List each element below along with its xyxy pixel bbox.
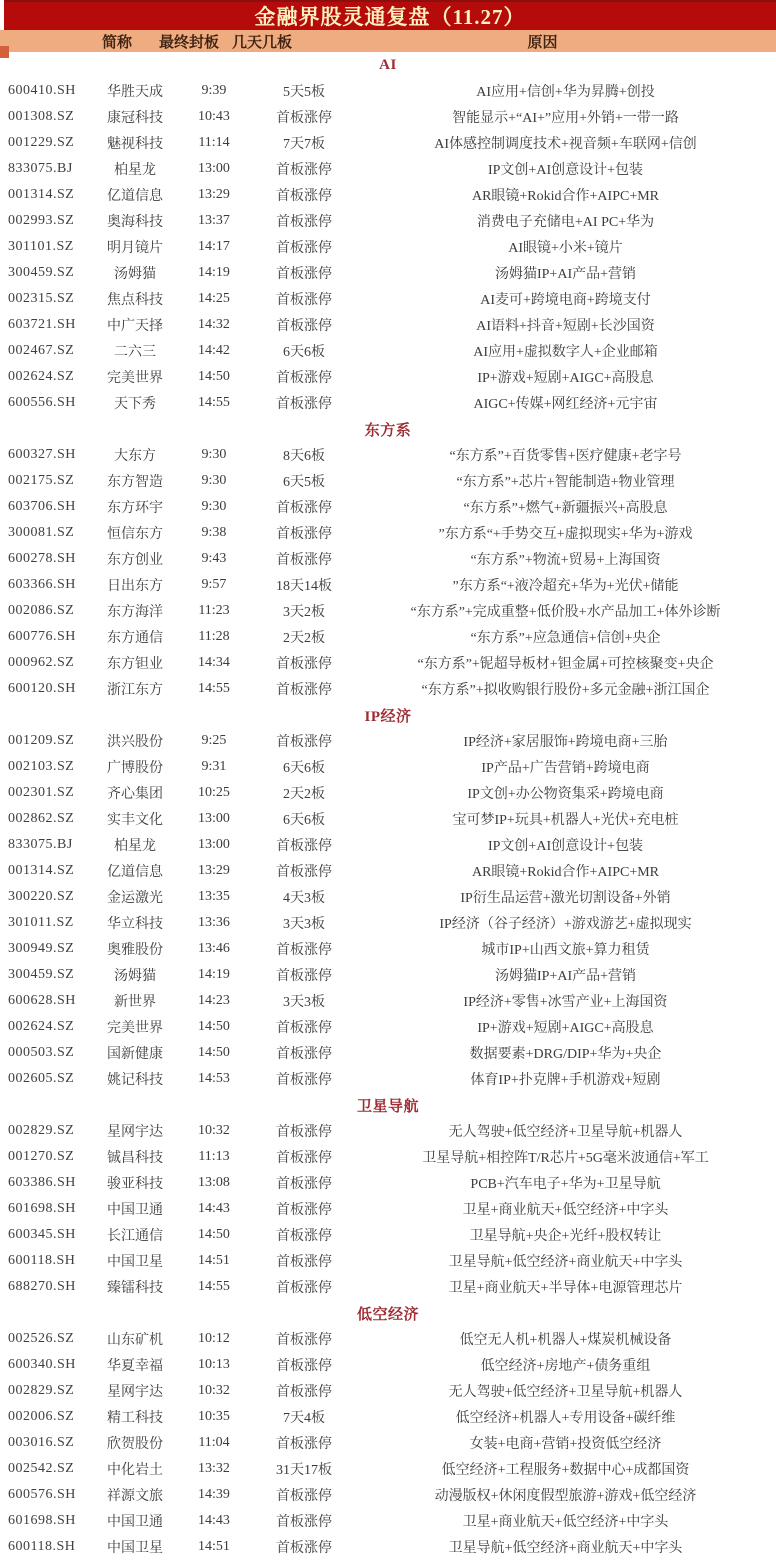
reason: 卫星+商业航天+低空经济+中字头 <box>355 1199 776 1219</box>
stock-name: 齐心集团 <box>95 783 175 803</box>
section-label: 东方系 <box>365 419 412 440</box>
stock-code: 600410.SH <box>0 83 95 99</box>
stock-name: 华夏幸福 <box>95 1355 175 1375</box>
table-row: 603706.SH 东方环宇 9:30 首板涨停 “东方系”+燃气+新疆振兴+高… <box>0 494 776 520</box>
reason: “东方系”+应急通信+信创+央企 <box>355 627 776 647</box>
board-count: 首板涨停 <box>253 211 355 231</box>
seal-time: 9:25 <box>175 733 253 749</box>
seal-time: 14:39 <box>175 1487 253 1503</box>
board-count: 首板涨停 <box>253 965 355 985</box>
seal-time: 9:30 <box>175 447 253 463</box>
stock-code: 600118.SH <box>0 1539 95 1555</box>
seal-time: 9:43 <box>175 551 253 567</box>
board-count: 首板涨停 <box>253 1147 355 1167</box>
reason: IP文创+AI创意设计+包装 <box>355 159 776 179</box>
seal-time: 14:43 <box>175 1201 253 1217</box>
stock-name: 奥雅股份 <box>95 939 175 959</box>
stock-name: 汤姆猫 <box>95 965 175 985</box>
stock-code: 002605.SZ <box>0 1071 95 1087</box>
seal-time: 9:39 <box>175 83 253 99</box>
stock-code: 600628.SH <box>0 993 95 1009</box>
stock-name: 长江通信 <box>95 1225 175 1245</box>
table-row: 002624.SZ 完美世界 14:50 首板涨停 IP+游戏+短剧+AIGC+… <box>0 1014 776 1040</box>
section-row: AI <box>0 52 776 78</box>
seal-time: 14:34 <box>175 655 253 671</box>
column-seal-time: 最终封板 <box>159 31 215 52</box>
reason: “东方系”+芯片+智能制造+物业管理 <box>355 471 776 491</box>
page-title: 金融界股灵通复盘（11.27） <box>254 1 525 31</box>
table-row: 002526.SZ 山东矿机 10:12 首板涨停 低空无人机+机器人+煤炭机械… <box>0 1326 776 1352</box>
table-row: 600118.SH 中国卫星 14:51 首板涨停 卫星导航+低空经济+商业航天… <box>0 1248 776 1274</box>
reason: IP+游戏+短剧+AIGC+高股息 <box>355 1017 776 1037</box>
table-row: 002301.SZ 齐心集团 10:25 2天2板 IP文创+办公物资集采+跨境… <box>0 780 776 806</box>
stock-name: 中广天择 <box>95 315 175 335</box>
seal-time: 11:14 <box>175 135 253 151</box>
stock-name: 日出东方 <box>95 575 175 595</box>
section-row: 低空经济 <box>0 1300 776 1326</box>
board-count: 首板涨停 <box>253 1017 355 1037</box>
stock-code: 002301.SZ <box>0 785 95 801</box>
reason: 汤姆猫IP+AI产品+营销 <box>355 965 776 985</box>
stock-code: 601698.SH <box>0 1513 95 1529</box>
seal-time: 14:25 <box>175 291 253 307</box>
board-count: 首板涨停 <box>253 653 355 673</box>
board-count: 6天6板 <box>253 757 355 777</box>
reason: 低空经济+机器人+专用设备+碳纤维 <box>355 1407 776 1427</box>
table-row: 600327.SH 大东方 9:30 8天6板 “东方系”+百货零售+医疗健康+… <box>0 442 776 468</box>
table-row: 600410.SH 华胜天成 9:39 5天5板 AI应用+信创+华为昇腾+创投 <box>0 78 776 104</box>
board-count: 首板涨停 <box>253 1433 355 1453</box>
board-count: 首板涨停 <box>253 1251 355 1271</box>
table-row: 001229.SZ 魅视科技 11:14 7天7板 AI体感控制调度技术+视音频… <box>0 130 776 156</box>
reason: “东方系”+铌超导板材+钽金属+可控核聚变+央企 <box>355 653 776 673</box>
table-row: 600278.SH 东方创业 9:43 首板涨停 “东方系”+物流+贸易+上海国… <box>0 546 776 572</box>
stock-code: 000503.SZ <box>0 1045 95 1061</box>
table-row: 300459.SZ 汤姆猫 14:19 首板涨停 汤姆猫IP+AI产品+营销 <box>0 962 776 988</box>
stock-name: 东方海洋 <box>95 601 175 621</box>
stock-name: 中国卫星 <box>95 1537 175 1557</box>
stock-name: 明月镜片 <box>95 237 175 257</box>
stock-name: 魅视科技 <box>95 133 175 153</box>
reason: 卫星导航+低空经济+商业航天+中字头 <box>355 1537 776 1557</box>
stock-code: 001308.SZ <box>0 109 95 125</box>
table-row: 001270.SZ 铖昌科技 11:13 首板涨停 卫星导航+相控阵T/R芯片+… <box>0 1144 776 1170</box>
stock-name: 恒信东方 <box>95 523 175 543</box>
stock-code: 600120.SH <box>0 681 95 697</box>
reason: IP文创+AI创意设计+包装 <box>355 835 776 855</box>
stock-code: 300949.SZ <box>0 941 95 957</box>
board-count: 首板涨停 <box>253 1329 355 1349</box>
table-row: 603721.SH 中广天择 14:32 首板涨停 AI语料+抖音+短剧+长沙国… <box>0 312 776 338</box>
seal-time: 14:23 <box>175 993 253 1009</box>
board-count: 6天5板 <box>253 471 355 491</box>
stock-name: 二六三 <box>95 341 175 361</box>
table-row: 603386.SH 骏亚科技 13:08 首板涨停 PCB+汽车电子+华为+卫星… <box>0 1170 776 1196</box>
section-label: 低空经济 <box>357 1303 419 1324</box>
stock-name: 国新健康 <box>95 1043 175 1063</box>
table-row: 601698.SH 中国卫通 14:43 首板涨停 卫星+商业航天+低空经济+中… <box>0 1196 776 1222</box>
reason: “东方系”+完成重整+低价股+水产品加工+体外诊断 <box>355 601 776 621</box>
table-row: 601698.SH 中国卫通 14:43 首板涨停 卫星+商业航天+低空经济+中… <box>0 1508 776 1534</box>
stock-code: 002175.SZ <box>0 473 95 489</box>
table-column-header: 简称 最终封板 几天几板 原因 <box>0 30 776 52</box>
stock-name: 焦点科技 <box>95 289 175 309</box>
seal-time: 9:57 <box>175 577 253 593</box>
table-row: 002829.SZ 星网宇达 10:32 首板涨停 无人驾驶+低空经济+卫星导航… <box>0 1378 776 1404</box>
stock-code: 603706.SH <box>0 499 95 515</box>
table-row: 833075.BJ 柏星龙 13:00 首板涨停 IP文创+AI创意设计+包装 <box>0 156 776 182</box>
table-row: 001314.SZ 亿道信息 13:29 首板涨停 AR眼镜+Rokid合作+A… <box>0 182 776 208</box>
reason: “东方系”+物流+贸易+上海国资 <box>355 549 776 569</box>
table-row: 600556.SH 天下秀 14:55 首板涨停 AIGC+传媒+网红经济+元宇… <box>0 390 776 416</box>
board-count: 5天5板 <box>253 81 355 101</box>
seal-time: 13:32 <box>175 1461 253 1477</box>
stock-code: 300081.SZ <box>0 525 95 541</box>
stock-code: 002862.SZ <box>0 811 95 827</box>
board-count: 首板涨停 <box>253 237 355 257</box>
seal-time: 11:13 <box>175 1149 253 1165</box>
reason: IP衍生品运营+激光切割设备+外销 <box>355 887 776 907</box>
stock-name: 浙江东方 <box>95 679 175 699</box>
stock-code: 002624.SZ <box>0 1019 95 1035</box>
stock-name: 新世界 <box>95 991 175 1011</box>
seal-time: 10:32 <box>175 1383 253 1399</box>
board-count: 首板涨停 <box>253 1043 355 1063</box>
table-row: 002993.SZ 奥海科技 13:37 首板涨停 消费电子充储电+AI PC+… <box>0 208 776 234</box>
table-row: 002006.SZ 精工科技 10:35 7天4板 低空经济+机器人+专用设备+… <box>0 1404 776 1430</box>
section-label: 卫星导航 <box>357 1095 419 1116</box>
stock-code: 002006.SZ <box>0 1409 95 1425</box>
stock-code: 600556.SH <box>0 395 95 411</box>
board-count: 首板涨停 <box>253 1121 355 1141</box>
table-row: 002086.SZ 东方海洋 11:23 3天2板 “东方系”+完成重整+低价股… <box>0 598 776 624</box>
table-row: 603366.SH 日出东方 9:57 18天14板 ”东方系“+液冷超充+华为… <box>0 572 776 598</box>
reason: 女装+电商+营销+投资低空经济 <box>355 1433 776 1453</box>
board-count: 首板涨停 <box>253 523 355 543</box>
seal-time: 11:28 <box>175 629 253 645</box>
board-count: 首板涨停 <box>253 315 355 335</box>
stock-code: 688270.SH <box>0 1279 95 1295</box>
stock-name: 中国卫星 <box>95 1251 175 1271</box>
stock-code: 001229.SZ <box>0 135 95 151</box>
section-row: IP经济 <box>0 702 776 728</box>
seal-time: 13:00 <box>175 161 253 177</box>
table-row: 300220.SZ 金运激光 13:35 4天3板 IP衍生品运营+激光切割设备… <box>0 884 776 910</box>
board-count: 首板涨停 <box>253 549 355 569</box>
table-row: 001209.SZ 洪兴股份 9:25 首板涨停 IP经济+家居服饰+跨境电商+… <box>0 728 776 754</box>
stock-code: 000962.SZ <box>0 655 95 671</box>
table-row: 002829.SZ 星网宇达 10:32 首板涨停 无人驾驶+低空经济+卫星导航… <box>0 1118 776 1144</box>
reason: 无人驾驶+低空经济+卫星导航+机器人 <box>355 1121 776 1141</box>
reason: AR眼镜+Rokid合作+AIPC+MR <box>355 185 776 205</box>
stock-name: 华胜天成 <box>95 81 175 101</box>
seal-time: 14:51 <box>175 1539 253 1555</box>
stock-name: 亿道信息 <box>95 185 175 205</box>
stock-name: 大东方 <box>95 445 175 465</box>
stock-name: 中化岩土 <box>95 1459 175 1479</box>
reason: 卫星导航+低空经济+商业航天+中字头 <box>355 1251 776 1271</box>
stock-name: 天下秀 <box>95 393 175 413</box>
stock-name: 康冠科技 <box>95 107 175 127</box>
board-count: 首板涨停 <box>253 939 355 959</box>
reason: “东方系”+燃气+新疆振兴+高股息 <box>355 497 776 517</box>
stock-name: 奥海科技 <box>95 211 175 231</box>
table-body: AI 600410.SH 华胜天成 9:39 5天5板 AI应用+信创+华为昇腾… <box>0 52 776 1560</box>
stock-name: 完美世界 <box>95 1017 175 1037</box>
table-row: 001308.SZ 康冠科技 10:43 首板涨停 智能显示+“AI+”应用+外… <box>0 104 776 130</box>
table-row: 600120.SH 浙江东方 14:55 首板涨停 “东方系”+拟收购银行股份+… <box>0 676 776 702</box>
board-count: 首板涨停 <box>253 1277 355 1297</box>
seal-time: 11:23 <box>175 603 253 619</box>
table-row: 002175.SZ 东方智造 9:30 6天5板 “东方系”+芯片+智能制造+物… <box>0 468 776 494</box>
table-row: 300081.SZ 恒信东方 9:38 首板涨停 ”东方系“+手势交互+虚拟现实… <box>0 520 776 546</box>
reason: 数据要素+DRG/DIP+华为+央企 <box>355 1043 776 1063</box>
reason: 卫星导航+相控阵T/R芯片+5G毫米波通信+军工 <box>355 1147 776 1167</box>
board-count: 首板涨停 <box>253 497 355 517</box>
board-count: 首板涨停 <box>253 1381 355 1401</box>
seal-time: 9:30 <box>175 473 253 489</box>
stock-code: 600776.SH <box>0 629 95 645</box>
reason: AI应用+信创+华为昇腾+创投 <box>355 81 776 101</box>
stock-code: 002829.SZ <box>0 1123 95 1139</box>
reason: AI眼镜+小米+镜片 <box>355 237 776 257</box>
stock-code: 002086.SZ <box>0 603 95 619</box>
seal-time: 14:50 <box>175 1227 253 1243</box>
reason: IP经济（谷子经济）+游戏游艺+虚拟现实 <box>355 913 776 933</box>
seal-time: 13:29 <box>175 187 253 203</box>
reason: IP+游戏+短剧+AIGC+高股息 <box>355 367 776 387</box>
table-row: 003016.SZ 欣贺股份 11:04 首板涨停 女装+电商+营销+投资低空经… <box>0 1430 776 1456</box>
table-row: 001314.SZ 亿道信息 13:29 首板涨停 AR眼镜+Rokid合作+A… <box>0 858 776 884</box>
stock-name: 东方创业 <box>95 549 175 569</box>
stock-code: 300459.SZ <box>0 265 95 281</box>
stock-code: 002542.SZ <box>0 1461 95 1477</box>
reason: 汤姆猫IP+AI产品+营销 <box>355 263 776 283</box>
seal-time: 14:42 <box>175 343 253 359</box>
title-banner: 金融界股灵通复盘（11.27） <box>4 0 776 30</box>
stock-code: 600576.SH <box>0 1487 95 1503</box>
seal-time: 13:37 <box>175 213 253 229</box>
reason: ”东方系“+手势交互+虚拟现实+华为+游戏 <box>355 523 776 543</box>
seal-time: 14:53 <box>175 1071 253 1087</box>
column-name: 简称 <box>75 31 159 52</box>
reason: AI语料+抖音+短剧+长沙国资 <box>355 315 776 335</box>
stock-name: 东方环宇 <box>95 497 175 517</box>
board-count: 18天14板 <box>253 575 355 595</box>
stock-code: 002315.SZ <box>0 291 95 307</box>
reason: 卫星+商业航天+低空经济+中字头 <box>355 1511 776 1531</box>
table-row: 002605.SZ 姚记科技 14:53 首板涨停 体育IP+扑克牌+手机游戏+… <box>0 1066 776 1092</box>
seal-time: 13:00 <box>175 837 253 853</box>
stock-code: 600118.SH <box>0 1253 95 1269</box>
seal-time: 14:19 <box>175 265 253 281</box>
seal-time: 14:32 <box>175 317 253 333</box>
stock-code: 001314.SZ <box>0 863 95 879</box>
reason: “东方系”+拟收购银行股份+多元金融+浙江国企 <box>355 679 776 699</box>
stock-name: 东方钽业 <box>95 653 175 673</box>
table-row: 600576.SH 祥源文旅 14:39 首板涨停 动漫版权+休闲度假型旅游+游… <box>0 1482 776 1508</box>
stock-name: 中国卫通 <box>95 1199 175 1219</box>
section-label: IP经济 <box>364 705 411 726</box>
seal-time: 9:38 <box>175 525 253 541</box>
stock-name: 星网宇达 <box>95 1121 175 1141</box>
stock-code: 001314.SZ <box>0 187 95 203</box>
reason: 低空经济+工程服务+数据中心+成都国资 <box>355 1459 776 1479</box>
stock-name: 亿道信息 <box>95 861 175 881</box>
reason: IP产品+广告营销+跨境电商 <box>355 757 776 777</box>
table-row: 002103.SZ 广博股份 9:31 6天6板 IP产品+广告营销+跨境电商 <box>0 754 776 780</box>
seal-time: 13:00 <box>175 811 253 827</box>
table-row: 002315.SZ 焦点科技 14:25 首板涨停 AI麦可+跨境电商+跨境支付 <box>0 286 776 312</box>
reason: IP文创+办公物资集采+跨境电商 <box>355 783 776 803</box>
stock-code: 603721.SH <box>0 317 95 333</box>
seal-time: 14:17 <box>175 239 253 255</box>
reason: AIGC+传媒+网红经济+元宇宙 <box>355 393 776 413</box>
table-row: 600345.SH 长江通信 14:50 首板涨停 卫星导航+央企+光纤+股权转… <box>0 1222 776 1248</box>
table-row: 600340.SH 华夏幸福 10:13 首板涨停 低空经济+房地产+债务重组 <box>0 1352 776 1378</box>
board-count: 3天3板 <box>253 913 355 933</box>
stock-code: 833075.BJ <box>0 161 95 177</box>
seal-time: 14:55 <box>175 1279 253 1295</box>
seal-time: 11:04 <box>175 1435 253 1451</box>
board-count: 首板涨停 <box>253 1355 355 1375</box>
board-count: 首板涨停 <box>253 731 355 751</box>
seal-time: 13:29 <box>175 863 253 879</box>
table-row: 301011.SZ 华立科技 13:36 3天3板 IP经济（谷子经济）+游戏游… <box>0 910 776 936</box>
board-count: 首板涨停 <box>253 835 355 855</box>
stock-name: 东方智造 <box>95 471 175 491</box>
board-count: 首板涨停 <box>253 1537 355 1557</box>
reason: 城市IP+山西文旅+算力租赁 <box>355 939 776 959</box>
seal-time: 10:35 <box>175 1409 253 1425</box>
table-row: 300459.SZ 汤姆猫 14:19 首板涨停 汤姆猫IP+AI产品+营销 <box>0 260 776 286</box>
board-count: 首板涨停 <box>253 393 355 413</box>
section-row: 卫星导航 <box>0 1092 776 1118</box>
stock-code: 002467.SZ <box>0 343 95 359</box>
table-row: 688270.SH 臻镭科技 14:55 首板涨停 卫星+商业航天+半导体+电源… <box>0 1274 776 1300</box>
board-count: 首板涨停 <box>253 185 355 205</box>
board-count: 首板涨停 <box>253 289 355 309</box>
board-count: 首板涨停 <box>253 861 355 881</box>
board-count: 首板涨停 <box>253 1069 355 1089</box>
stock-code: 003016.SZ <box>0 1435 95 1451</box>
reason: IP经济+家居服饰+跨境电商+三胎 <box>355 731 776 751</box>
board-count: 2天2板 <box>253 627 355 647</box>
reason: 低空无人机+机器人+煤炭机械设备 <box>355 1329 776 1349</box>
board-count: 6天6板 <box>253 341 355 361</box>
seal-time: 14:43 <box>175 1513 253 1529</box>
reason: 智能显示+“AI+”应用+外销+一带一路 <box>355 107 776 127</box>
table-row: 600628.SH 新世界 14:23 3天3板 IP经济+零售+冰雪产业+上海… <box>0 988 776 1014</box>
accent-square <box>0 46 9 58</box>
stock-name: 祥源文旅 <box>95 1485 175 1505</box>
stock-code: 001209.SZ <box>0 733 95 749</box>
stock-code: 002993.SZ <box>0 213 95 229</box>
stock-name: 山东矿机 <box>95 1329 175 1349</box>
board-count: 首板涨停 <box>253 679 355 699</box>
board-count: 7天4板 <box>253 1407 355 1427</box>
stock-name: 洪兴股份 <box>95 731 175 751</box>
stock-name: 汤姆猫 <box>95 263 175 283</box>
table-row: 301101.SZ 明月镜片 14:17 首板涨停 AI眼镜+小米+镜片 <box>0 234 776 260</box>
seal-time: 10:43 <box>175 109 253 125</box>
stock-code: 301101.SZ <box>0 239 95 255</box>
reason: 低空经济+房地产+债务重组 <box>355 1355 776 1375</box>
stock-code: 300220.SZ <box>0 889 95 905</box>
reason: AI麦可+跨境电商+跨境支付 <box>355 289 776 309</box>
seal-time: 9:30 <box>175 499 253 515</box>
seal-time: 13:46 <box>175 941 253 957</box>
stock-name: 臻镭科技 <box>95 1277 175 1297</box>
table-row: 600118.SH 中国卫星 14:51 首板涨停 卫星导航+低空经济+商业航天… <box>0 1534 776 1560</box>
seal-time: 13:35 <box>175 889 253 905</box>
column-reason: 原因 <box>309 31 776 52</box>
seal-time: 14:55 <box>175 395 253 411</box>
seal-time: 14:50 <box>175 1019 253 1035</box>
reason: AR眼镜+Rokid合作+AIPC+MR <box>355 861 776 881</box>
stock-code: 600340.SH <box>0 1357 95 1373</box>
stock-code: 600345.SH <box>0 1227 95 1243</box>
table-row: 600776.SH 东方通信 11:28 2天2板 “东方系”+应急通信+信创+… <box>0 624 776 650</box>
column-boards: 几天几板 <box>215 31 309 52</box>
stock-name: 柏星龙 <box>95 835 175 855</box>
seal-time: 13:08 <box>175 1175 253 1191</box>
board-count: 首板涨停 <box>253 1199 355 1219</box>
seal-time: 14:50 <box>175 1045 253 1061</box>
board-count: 首板涨停 <box>253 1511 355 1531</box>
board-count: 31天17板 <box>253 1459 355 1479</box>
stock-code: 603366.SH <box>0 577 95 593</box>
reason: “东方系”+百货零售+医疗健康+老字号 <box>355 445 776 465</box>
reason: IP经济+零售+冰雪产业+上海国资 <box>355 991 776 1011</box>
reason: PCB+汽车电子+华为+卫星导航 <box>355 1173 776 1193</box>
seal-time: 10:12 <box>175 1331 253 1347</box>
stock-name: 柏星龙 <box>95 159 175 179</box>
board-count: 首板涨停 <box>253 1225 355 1245</box>
stock-code: 603386.SH <box>0 1175 95 1191</box>
stock-name: 金运激光 <box>95 887 175 907</box>
seal-time: 14:50 <box>175 369 253 385</box>
stock-name: 星网宇达 <box>95 1381 175 1401</box>
stock-code: 002103.SZ <box>0 759 95 775</box>
board-count: 8天6板 <box>253 445 355 465</box>
seal-time: 9:31 <box>175 759 253 775</box>
stock-name: 中国卫通 <box>95 1511 175 1531</box>
board-count: 首板涨停 <box>253 1485 355 1505</box>
reason: AI体感控制调度技术+视音频+车联网+信创 <box>355 133 776 153</box>
stock-code: 601698.SH <box>0 1201 95 1217</box>
stock-name: 精工科技 <box>95 1407 175 1427</box>
stock-code: 002624.SZ <box>0 369 95 385</box>
stock-code: 301011.SZ <box>0 915 95 931</box>
seal-time: 10:32 <box>175 1123 253 1139</box>
table-row: 833075.BJ 柏星龙 13:00 首板涨停 IP文创+AI创意设计+包装 <box>0 832 776 858</box>
reason: 宝可梦IP+玩具+机器人+光伏+充电桩 <box>355 809 776 829</box>
stock-name: 姚记科技 <box>95 1069 175 1089</box>
table-row: 000503.SZ 国新健康 14:50 首板涨停 数据要素+DRG/DIP+华… <box>0 1040 776 1066</box>
stock-name: 欣贺股份 <box>95 1433 175 1453</box>
reason: 动漫版权+休闲度假型旅游+游戏+低空经济 <box>355 1485 776 1505</box>
stock-name: 华立科技 <box>95 913 175 933</box>
stock-code: 001270.SZ <box>0 1149 95 1165</box>
table-row: 002467.SZ 二六三 14:42 6天6板 AI应用+虚拟数字人+企业邮箱 <box>0 338 776 364</box>
table-row: 002862.SZ 实丰文化 13:00 6天6板 宝可梦IP+玩具+机器人+光… <box>0 806 776 832</box>
reason: 卫星导航+央企+光纤+股权转让 <box>355 1225 776 1245</box>
stock-name: 东方通信 <box>95 627 175 647</box>
reason: 卫星+商业航天+半导体+电源管理芯片 <box>355 1277 776 1297</box>
table-row: 002542.SZ 中化岩土 13:32 31天17板 低空经济+工程服务+数据… <box>0 1456 776 1482</box>
table-row: 300949.SZ 奥雅股份 13:46 首板涨停 城市IP+山西文旅+算力租赁 <box>0 936 776 962</box>
